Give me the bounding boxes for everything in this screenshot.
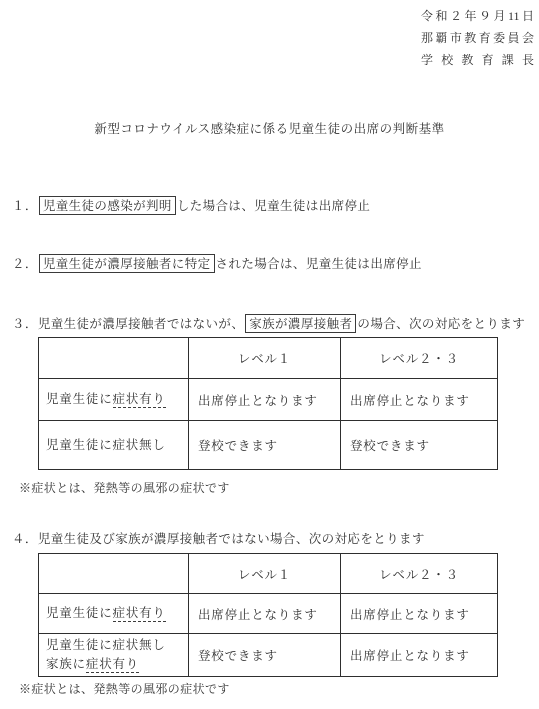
item-1-number: １． [12,199,38,213]
item-3-number: ３． [12,317,38,331]
table2-row1-label: 児童生徒に症状有り [39,594,189,634]
table1-row2-label: 児童生徒に症状無し [39,421,189,470]
table1-row1-label: 児童生徒に症状有り [39,379,189,421]
table2-row1-label-pre: 児童生徒に [46,606,113,620]
table2-row2-label-line2-underlined: 症状有り [86,657,139,673]
table2-row1-level23-cell: 出席停止となります [341,594,498,634]
table1-row-symptoms: 児童生徒に症状有り 出席停止となります 出席停止となります [39,379,498,421]
table1-header-level1: レベル１ [189,338,341,379]
table2-header-level23: レベル２・３ [341,554,498,594]
table2-row2-label-line2: 家族に症状有り [46,655,188,674]
header-organization: 那覇市教育委員会 [421,27,534,49]
table2-row-family-symptoms: 児童生徒に症状無し 家族に症状有り 登校できます 出席停止となります [39,634,498,677]
item-3-text-pre: 児童生徒が濃厚接触者ではないが、 [38,317,244,331]
table2-header-row: レベル１ レベル２・３ [39,554,498,594]
item-2-number: ２． [12,257,38,271]
item-4: ４．児童生徒及び家族が濃厚接触者ではない場合、次の対応をとります [12,529,425,549]
table-no-close-contact: レベル１ レベル２・３ 児童生徒に症状有り 出席停止となります 出席停止となりま… [38,553,498,677]
item-2-boxed-phrase: 児童生徒が濃厚接触者に特定 [39,254,215,273]
header-date: 令和２年９月11日 [421,5,534,27]
table2-row2-label-line1: 児童生徒に症状無し [46,636,188,655]
table2-row1-level1-cell: 出席停止となります [189,594,341,634]
item-2: ２．児童生徒が濃厚接触者に特定された場合は、児童生徒は出席停止 [12,254,422,274]
document-header: 令和２年９月11日 那覇市教育委員会 学校教育課長 [421,5,534,71]
table2-row2-level23-cell: 出席停止となります [341,634,498,677]
document-title: 新型コロナウイルス感染症に係る児童生徒の出席の判断基準 [0,119,539,137]
table2-footnote: ※症状とは、発熱等の風邪の症状です [19,680,230,697]
table1-header-empty-cell [39,338,189,379]
table1-row2-level23-cell: 登校できます [341,421,498,470]
item-1: １．児童生徒の感染が判明した場合は、児童生徒は出席停止 [12,196,370,216]
item-3-text-post: の場合、次の対応をとります [357,317,525,331]
table1-row1-level1-cell: 出席停止となります [189,379,341,421]
table1-row1-label-pre: 児童生徒に [46,392,113,406]
table1-row1-label-underlined: 症状有り [113,392,166,408]
table2-row1-label-underlined: 症状有り [113,606,166,622]
item-1-boxed-phrase: 児童生徒の感染が判明 [39,196,176,215]
table2-row2-level1-cell: 登校できます [189,634,341,677]
item-3-boxed-phrase: 家族が濃厚接触者 [245,314,356,333]
table1-row1-level23-cell: 出席停止となります [341,379,498,421]
table2-header-empty-cell [39,554,189,594]
table1-header-level23: レベル２・３ [341,338,498,379]
table2-row-symptoms: 児童生徒に症状有り 出席停止となります 出席停止となります [39,594,498,634]
table2-row2-label: 児童生徒に症状無し 家族に症状有り [39,634,189,677]
table2-row2-label-line2-pre: 家族に [46,657,86,671]
item-4-text: 児童生徒及び家族が濃厚接触者ではない場合、次の対応をとります [38,532,425,546]
item-3: ３．児童生徒が濃厚接触者ではないが、家族が濃厚接触者の場合、次の対応をとります [12,314,525,334]
table1-row-no-symptoms: 児童生徒に症状無し 登校できます 登校できます [39,421,498,470]
table1-row2-level1-cell: 登校できます [189,421,341,470]
item-1-text: した場合は、児童生徒は出席停止 [177,199,371,213]
table-family-close-contact: レベル１ レベル２・３ 児童生徒に症状有り 出席停止となります 出席停止となりま… [38,337,498,470]
table1-footnote: ※症状とは、発熱等の風邪の症状です [19,479,230,496]
header-role: 学校教育課長 [421,49,534,71]
item-2-text: された場合は、児童生徒は出席停止 [216,257,422,271]
table1-header-row: レベル１ レベル２・３ [39,338,498,379]
item-4-number: ４． [12,532,38,546]
table2-header-level1: レベル１ [189,554,341,594]
